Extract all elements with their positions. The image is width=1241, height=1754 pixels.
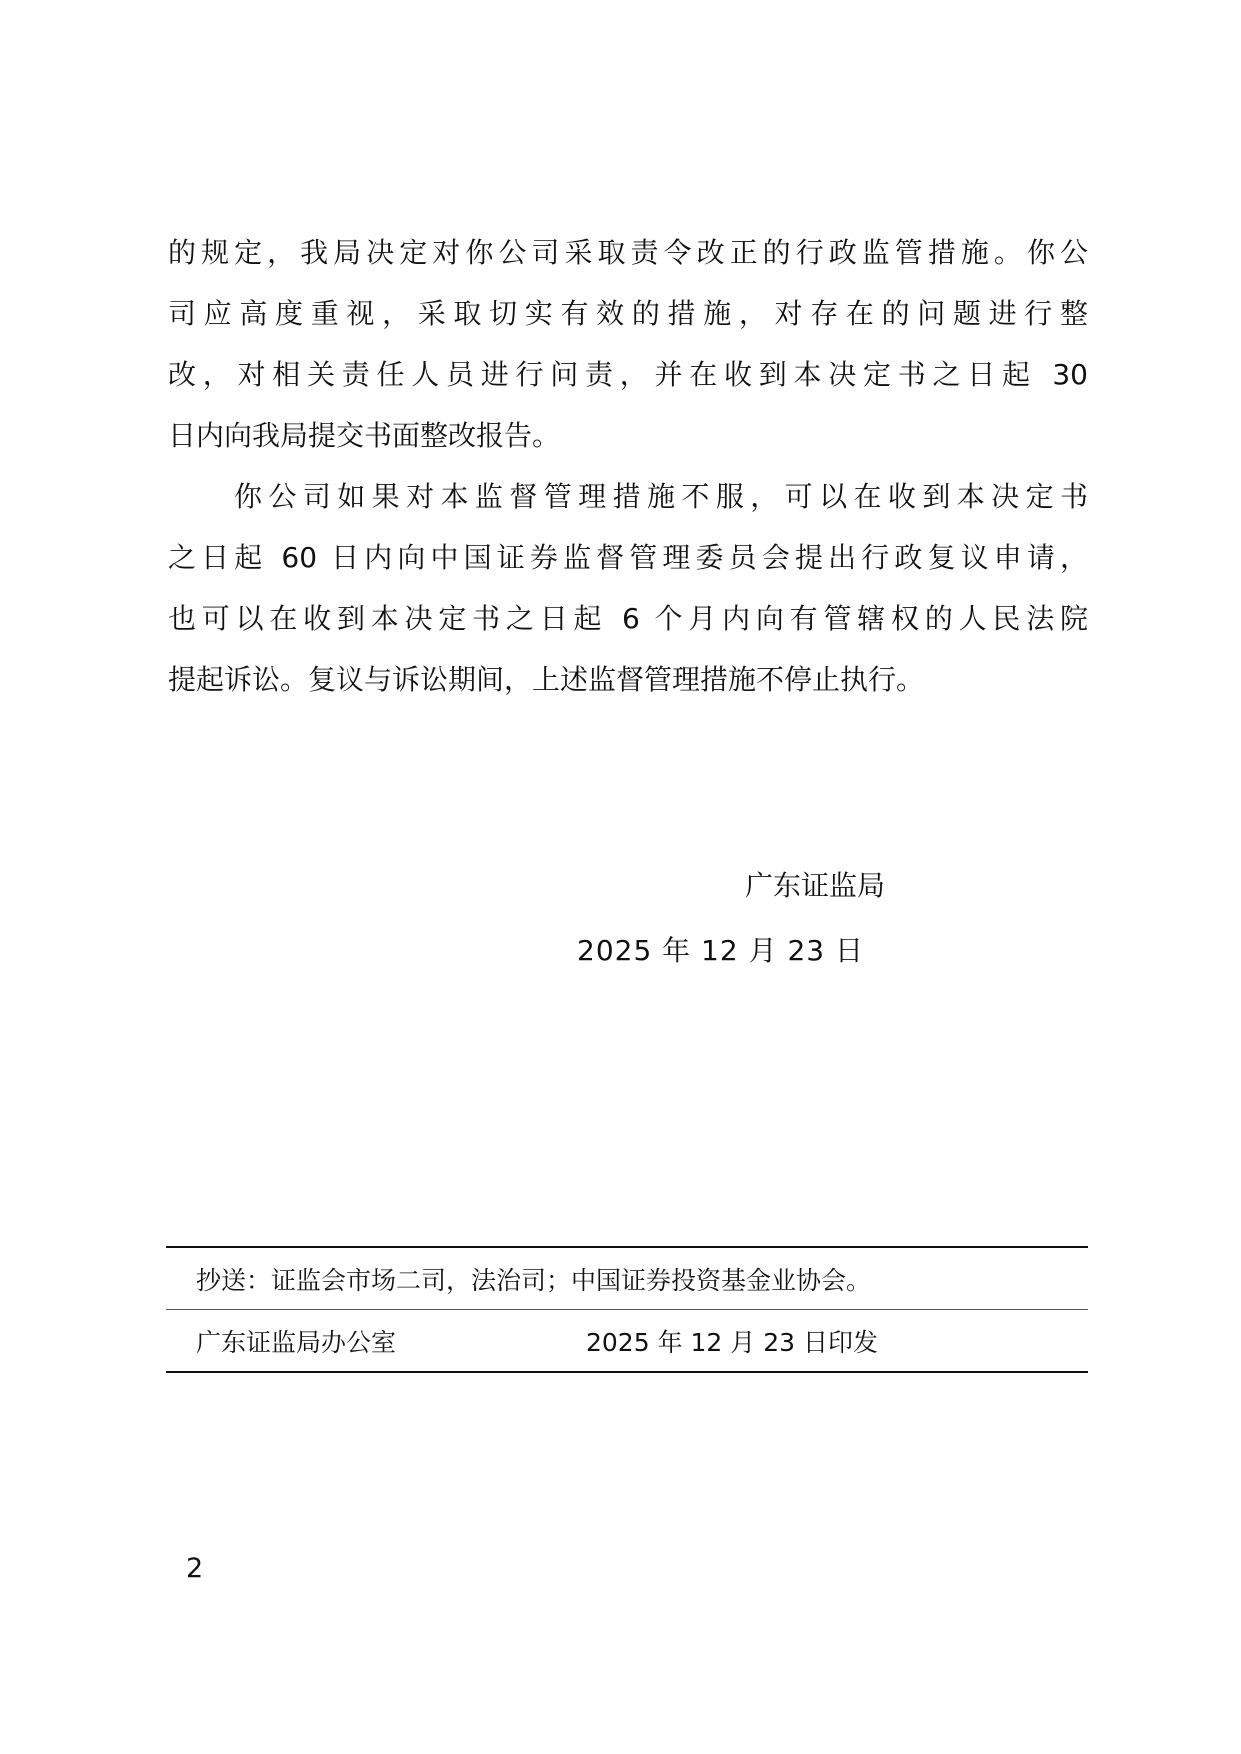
text-line: 提起诉讼。复议与诉讼期间，上述监督管理措施不停止执行。 [168,649,1088,710]
paragraph-rectification-order: 的规定，我局决定对你公司采取责令改正的行政监管措施。你公 司应高度重视，采取切实… [168,222,1088,466]
text-line: 之日起 60 日内向中国证券监督管理委员会提出行政复议申请， [168,527,1088,588]
signature-date: 2025 年 12 月 23 日 [577,929,864,969]
cc-text: 抄送：证监会市场二司，法治司；中国证券投资基金业协会。 [196,1261,871,1297]
issue-date: 2025 年 12 月 23 日印发 [586,1323,878,1359]
divider [166,1371,1088,1373]
document-page: 的规定，我局决定对你公司采取责令改正的行政监管措施。你公 司应高度重视，采取切实… [0,0,1241,1754]
text-line: 司应高度重视，采取切实有效的措施，对存在的问题进行整 [168,283,1088,344]
text-line: 日内向我局提交书面整改报告。 [168,405,1088,466]
distribution-footer: 抄送：证监会市场二司，法治司；中国证券投资基金业协会。 广东证监局办公室 202… [166,1246,1088,1373]
page-number: 2 [186,1553,203,1584]
signature-issuer: 广东证监局 [745,864,885,904]
text-line: 也可以在收到本决定书之日起 6 个月内向有管辖权的人民法院 [168,588,1088,649]
text-line: 你公司如果对本监督管理措施不服，可以在收到本决定书 [168,466,1088,527]
text-line: 改，对相关责任人员进行问责，并在收到本决定书之日起 30 [168,344,1088,405]
issuing-office: 广东证监局办公室 [196,1323,586,1359]
text-line: 的规定，我局决定对你公司采取责令改正的行政监管措施。你公 [168,222,1088,283]
body-text: 的规定，我局决定对你公司采取责令改正的行政监管措施。你公 司应高度重视，采取切实… [168,222,1088,710]
paragraph-appeal-rights: 你公司如果对本监督管理措施不服，可以在收到本决定书 之日起 60 日内向中国证券… [168,466,1088,710]
issue-row: 广东证监局办公室 2025 年 12 月 23 日印发 [166,1310,1088,1371]
cc-row: 抄送：证监会市场二司，法治司；中国证券投资基金业协会。 [166,1248,1088,1309]
